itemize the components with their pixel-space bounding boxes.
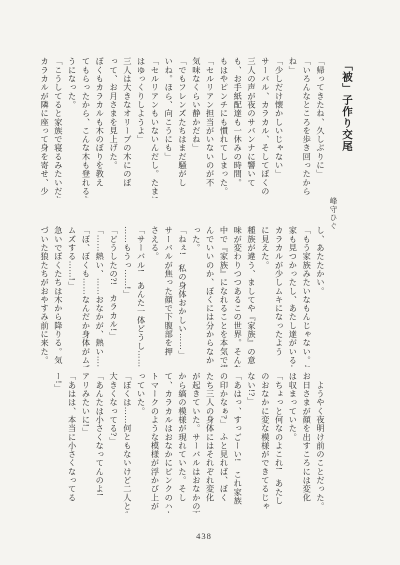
text-column: アリみたいに!」	[79, 372, 93, 513]
text-column: は収まっていた。	[286, 372, 300, 513]
text-column: ない!?」	[244, 372, 258, 513]
text-column: のおなかに変な模様ができてるじゃ	[258, 372, 272, 513]
text-column: 「ぼ、ぼくも……なんだか身体がムズ	[79, 226, 93, 367]
text-column: 「帰ってきたね、久しぶりに」	[313, 57, 327, 198]
text-column: さえる。	[148, 226, 162, 367]
text-column: し、あたたかい。	[313, 226, 327, 367]
text-column: 気味なくらい静かだね」	[189, 57, 203, 198]
text-band-middle: し、あたたかい。「もう家族みたいなもんじゃない。お家も見つかったし、あたし達がい…	[35, 226, 327, 367]
text-column: ぼくもカラカルも木のぼりを教え	[92, 57, 106, 198]
text-column: 味が変わりつつあるこの世界。そんな	[230, 226, 244, 367]
text-column: もはやピンチにも慣れてしまった。	[217, 57, 231, 198]
text-column: 「ぼくは……何ともないけど二人とも	[120, 372, 134, 513]
text-column: ムズする……!」	[65, 226, 79, 367]
text-column: 「あはっ、すっごーい! これ家族	[230, 372, 244, 513]
text-column: カラカルが隣に座って身を寄せ、少	[37, 57, 51, 198]
text-column: てもらったから、こんな木も登れるよ	[79, 57, 93, 198]
text-column: づいた狼たちがおやすみ前に来た。	[37, 226, 51, 367]
text-column: ……もうっ……!」	[120, 226, 134, 367]
text-column: はゆっくりしようよ」	[134, 57, 148, 198]
text-band-top: 「帰ってきたね、久しぶりに」「いろんなところを歩き回ったからね」「少しだけ懐かし…	[35, 57, 327, 198]
text-column: 「あんたは小さくなってんのよ!	[92, 372, 106, 513]
text-column: 「ちょっと何なのよこれ! あたし	[272, 372, 286, 513]
text-column: っていた。	[134, 372, 148, 513]
text-column: 「もう家族みたいなもんじゃない。お	[299, 226, 313, 367]
text-column: 種族が違う、ましてや『家族』の意	[244, 226, 258, 367]
text-column: の印かなぁ?」 ふと見れば、ぼく	[217, 372, 231, 513]
text-column: 「ねぇ! 私の身体おかしい……」	[175, 226, 189, 367]
text-column: お日さまが顔を出すころには変化	[299, 372, 313, 513]
text-column: 「どうしたの?! カラカル!」	[106, 226, 120, 367]
text-column: 三人は大きなオリーブの木にのぼ	[120, 57, 134, 198]
text-column: も、お手紙配達も一休みの時間。	[230, 57, 244, 198]
text-column: 「あはは、本当に小さくなってる	[65, 372, 79, 513]
text-column: て、カラカルはおなかにピンクのハー	[161, 372, 175, 513]
text-column: カラカルが少しムキになったよう	[272, 226, 286, 367]
text-column: サーバルが焦った顔で下腹部を押	[161, 226, 175, 367]
text-column: んでいいのか、ぼくには分からなか	[203, 226, 217, 367]
text-column: ようやく夜明け前のことだった。	[313, 372, 327, 513]
text-column: ね」	[286, 57, 300, 198]
text-column: った。	[189, 226, 203, 367]
text-column: いね。ほら、向こうにも」	[161, 57, 175, 198]
story-title: 「被」子作り交尾	[339, 60, 354, 220]
author-name: 峰守ひぐ	[328, 197, 339, 257]
text-column: 「でもフレンズたちはまだ騒がし	[175, 57, 189, 198]
text-column: 家も見つかったし、あたし達がいるわ」	[286, 226, 300, 367]
text-column: 大きくなってる?」	[106, 372, 120, 513]
text-column: 急いでぼくたちは木から降りる。気	[51, 226, 65, 367]
text-column: 「セルリアンもいないんだし。たまに	[148, 57, 162, 198]
text-column: に見えた。	[258, 226, 272, 367]
text-column: 「こうしてると家族で寝るみたいだね」	[51, 57, 65, 198]
text-column: トマークのような模様が浮かび上が	[148, 372, 162, 513]
text-column: 三人の声が夜のサバンナに響いて	[244, 57, 258, 198]
text-column: サーバル、カラカル、そしてぼくの	[258, 57, 272, 198]
text-column: 「いろんなところを歩き回ったから	[299, 57, 313, 198]
text-column: って、お月さまを見上げた。	[106, 57, 120, 198]
text-column: 「少しだけ懐かしいじゃない」	[272, 57, 286, 198]
text-column: 「セルリアン担当がいないのが不	[203, 57, 217, 198]
text-column: が起きていた。サーバルはおなかの下	[189, 372, 203, 513]
text-column: 「サーバル! あんた一体どうし……	[134, 226, 148, 367]
text-band-bottom: ようやく夜明け前のことだった。お日さまが顔を出すころには変化は収まっていた。「ち…	[35, 372, 327, 513]
text-column: から縞の模様が現れていた。そし	[175, 372, 189, 513]
text-column: うになった。	[65, 57, 79, 198]
page-number: 438	[186, 531, 222, 541]
text-column: 中で『家族』になれることを本気で望	[217, 226, 231, 367]
text-column: 「……熱い、……おなかが、熱い……!」	[92, 226, 106, 367]
book-page: 「被」子作り交尾 峰守ひぐ 「帰ってきたね、久しぶりに」「いろんなところを歩き回…	[0, 0, 400, 565]
text-column: たち三人の身体にはそれぞれ変化	[203, 372, 217, 513]
text-column: ー!」	[51, 372, 65, 513]
